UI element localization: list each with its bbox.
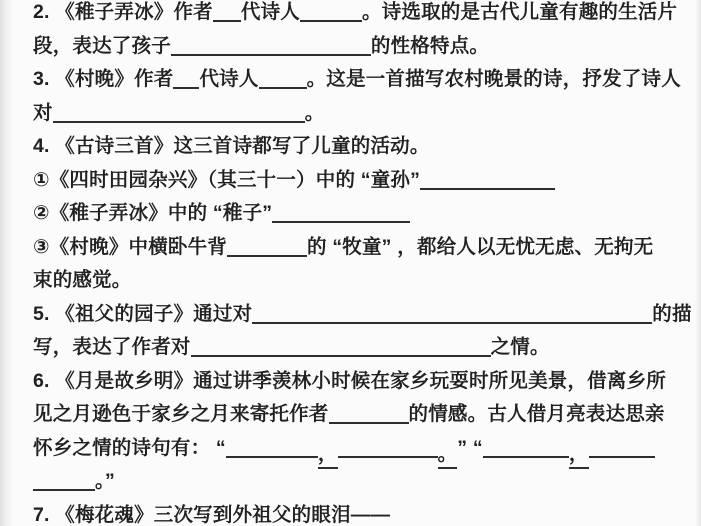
worksheet-page: 2. 《稚子弄冰》作者代诗人。诗选取的是古代儿童有趣的生活片段，表达了孩子的性格… [0,0,701,526]
fill-in-blank-underline [272,218,410,223]
line-text: 段，表达了孩子 [33,35,171,57]
worksheet-line: 怀乡之情的诗句有： “，。” “， [33,432,701,466]
line-text: 怀乡之情的诗句有： “ [33,437,226,459]
line-text: 7. 《梅花魂》三次写到外祖父的眼泪—— [33,504,390,526]
fill-in-blank-underline [483,453,569,458]
line-text: ①《四时田园杂兴》（其三十一）中的 “童孙” [33,169,420,191]
worksheet-line: ③《村晚》中横卧牛背的 “牧童” ，都给人以无忧无虑、无拘无 [33,231,701,265]
line-text: 的性格特点。 [371,35,489,57]
fill-in-blank-underline [420,185,555,190]
line-text: ③《村晚》中横卧牛背 [33,236,227,258]
worksheet-line: 。” [33,465,701,499]
fill-in-blank-underline [338,453,438,458]
line-text: 。 [305,102,325,124]
fill-in-blank-underline [329,419,409,424]
worksheet-line: 见之月逊色于家乡之月来寄托作者的情感。古人借月亮表达思亲 [33,398,701,432]
line-text: 的情感。古人借月亮表达思亲 [409,403,665,425]
worksheet-line: 段，表达了孩子的性格特点。 [33,30,701,64]
line-text: 的描 [652,303,691,325]
line-text: 写，表达了作者对 [33,336,191,358]
fill-in-blank-underline [171,51,371,56]
fill-in-blank-underline [259,84,307,89]
worksheet-line: 6. 《月是故乡明》通过讲季羡林小时候在家乡玩耍时所见美景，借离乡所 [33,365,701,399]
line-text: ， [569,445,589,470]
fill-in-blank-underline [173,84,199,89]
fill-in-blank-underline [252,319,652,324]
fill-in-blank-underline [191,352,491,357]
fill-in-blank-underline [213,17,241,22]
worksheet-line: 2. 《稚子弄冰》作者代诗人。诗选取的是古代儿童有趣的生活片 [33,0,701,30]
worksheet-line: 写，表达了作者对之情。 [33,331,701,365]
line-text: 5. 《祖父的园子》通过对 [33,303,252,325]
line-text: 见之月逊色于家乡之月来寄托作者 [33,403,329,425]
line-text: 代诗人 [199,68,258,90]
fill-in-blank-underline [227,252,307,257]
line-text: 4. 《古诗三首》这三首诗都写了儿童的活动。 [33,135,430,157]
line-text: ②《稚子弄冰》中的 “稚子” [33,202,272,224]
fill-in-blank-underline [300,17,362,22]
fill-in-blank-underline [589,453,655,458]
line-text: 。这是一首描写农村晚景的诗，抒发了诗人 [307,68,681,90]
line-text: 。诗选取的是古代儿童有趣的生活片 [362,1,677,23]
line-text: 之情。 [491,336,550,358]
line-text: 。” [95,470,115,492]
line-text: 代诗人 [241,1,300,23]
line-text: 束的感觉。 [33,269,132,291]
line-text: 2. 《稚子弄冰》作者 [33,1,213,23]
worksheet-line: 对。 [33,97,701,131]
worksheet-line: 5. 《祖父的园子》通过对的描 [33,298,701,332]
line-text: 的 “牧童” ，都给人以无忧无虑、无拘无 [307,236,653,258]
line-text: ” “ [457,437,483,459]
worksheet-line: 束的感觉。 [33,264,701,298]
line-text: ， [318,445,338,470]
worksheet-line: 7. 《梅花魂》三次写到外祖父的眼泪—— [33,499,701,526]
line-text: 6. 《月是故乡明》通过讲季羡林小时候在家乡玩耍时所见美景，借离乡所 [33,370,666,392]
worksheet-line: 3. 《村晚》作者代诗人。这是一首描写农村晚景的诗，抒发了诗人 [33,63,701,97]
worksheet-line: 4. 《古诗三首》这三首诗都写了儿童的活动。 [33,130,701,164]
line-text: 3. 《村晚》作者 [33,68,173,90]
worksheet-lines: 2. 《稚子弄冰》作者代诗人。诗选取的是古代儿童有趣的生活片段，表达了孩子的性格… [33,0,701,526]
worksheet-line: ①《四时田园杂兴》（其三十一）中的 “童孙” [33,164,701,198]
line-text: 对 [33,102,53,124]
line-text: 。 [438,445,458,470]
fill-in-blank-underline [226,453,318,458]
worksheet-line: ②《稚子弄冰》中的 “稚子” [33,197,701,231]
fill-in-blank-underline [33,486,95,491]
fill-in-blank-underline [53,118,305,123]
